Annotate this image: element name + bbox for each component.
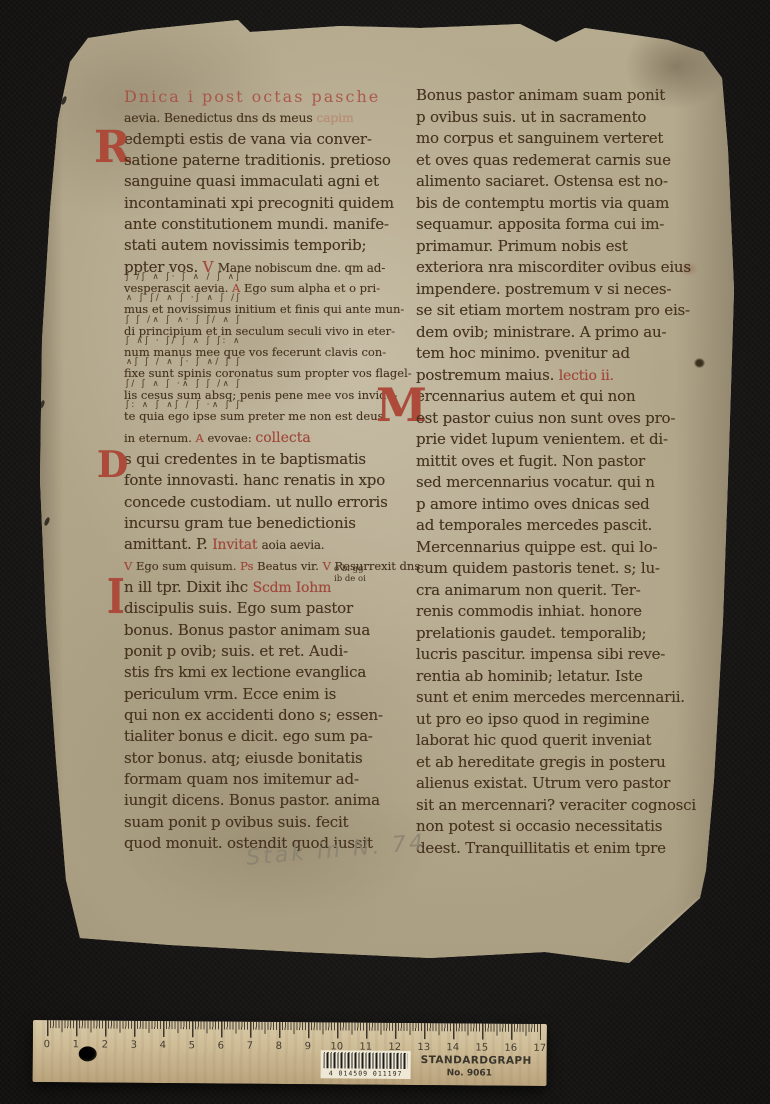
text-segment: lectio ii. [559,368,614,384]
text-segment: postremum maius. [416,366,559,384]
stitch-hole [38,613,45,623]
text-line: Ds qui credentes in te baptismatis [124,449,396,470]
text-segment: p ovibus suis. ut in sacramento [416,108,646,126]
text-segment: qui non ex accidenti dono s; essen- [124,706,383,724]
stitch-hole [41,700,48,710]
text-line: renis commodis inhiat. honore [416,601,700,623]
marginal-gloss-line: ib de oi [334,574,366,584]
text-line: discipulis suis. Ego sum pastor [124,598,396,619]
text-line: prelationis gaudet. temporalib; [416,623,700,645]
text-segment: prelationis gaudet. temporalib; [416,624,646,642]
text-segment: prie videt lupum venientem. et di- [416,430,668,448]
barcode-digits: 4 014509 011197 [321,1069,411,1078]
text-segment: te quia ego ipse sum preter me non est d… [124,409,384,423]
text-segment: stati autem novissimis temporib; [124,236,366,254]
text-line: deest. Tranquillitatis et enim tpre [416,838,700,860]
text-segment: n ill tpr. Dixit ihc [124,578,253,596]
marginal-gloss: o bi gg ib de oi [334,564,366,584]
text-segment: sit an mercennari? veraciter cognosci [416,796,696,814]
ruler-number: 7 [247,1041,253,1052]
text-line: satione paterne traditionis. pretioso [124,150,396,171]
ruler-number: 1 [73,1039,79,1050]
text-line: sanguine quasi immaculati agni et [124,171,396,192]
text-segment: sunt et enim mercedes mercennarii. [416,688,685,706]
stitch-hole [48,792,55,802]
text-segment: laborat hic quod querit inveniat [416,731,651,749]
text-line: et ab hereditate gregis in posteru [416,752,700,774]
text-line: periculum vrm. Ecce enim is [124,684,396,705]
text-segment: bonus. Bonus pastor animam sua [124,621,370,639]
text-segment: periculum vrm. Ecce enim is [124,685,336,703]
text-line: stor bonus. atq; eiusde bonitatis [124,748,396,769]
text-segment: alienus existat. Utrum vero pastor [416,774,670,792]
text-segment: edempti estis de vana via conver- [124,130,372,148]
text-line: stati autem novissimis temporib; [124,235,396,256]
text-line: aevia. Benedictus dns ds meus capim [124,107,396,128]
text-line: formam quam nos imitemur ad- [124,769,396,790]
text-segment: fonte innovasti. hanc renatis in xpo [124,471,385,489]
ruler-scale-numbers: 01234567891011121314151617 [33,1020,547,1024]
text-segment: Dnica i post octas pasche [124,87,380,106]
text-line: bonus. Bonus pastor animam sua [124,620,396,641]
text-line: incontaminati xpi precogniti quidem [124,193,396,214]
text-segment: dem ovib; ministrare. A primo au- [416,323,666,341]
text-segment: capim [316,110,353,125]
ruler-halfcm-ticks [47,1020,541,1036]
ruler-number: 0 [44,1039,50,1050]
text-line: Mercennarius quippe est. qui lo- [416,537,700,559]
text-line: laborat hic quod querit inveniat [416,730,700,752]
text-line: Dnica i post octas pasche [124,86,396,107]
text-segment: Ego sum alpha et o pri- [244,281,380,295]
ruler-number: 4 [160,1040,166,1051]
ruler-number: 17 [533,1043,546,1054]
ruler-model-number: No. 9061 [447,1068,492,1078]
text-line: tem hoc minimo. pvenitur ad [416,343,700,365]
text-segment: tialiter bonus e dicit. ego sum pa- [124,727,373,745]
neume-notation: ∧ ʃ ʃ/ ∧ ʃ ·ʃ ∧ ʃ /ʃ [126,294,242,302]
neume-notation: ʃ/ ʃ ∧ ʃ ·∧ ʃ ʃ /∧ ʃ [126,380,242,388]
text-segment: ut pro eo ipso quod in regimine [416,710,649,728]
neume-notation: ʃ: ∧ ʃ ∧ʃ / ʃ ·∧ ʃ ʃ [126,401,242,409]
text-line: mittit oves et fugit. Non pastor [416,451,700,473]
stitch-hole [35,275,42,285]
text-line: iungit dicens. Bonus pastor. anima [124,790,396,811]
text-line: Redempti estis de vana via conver- [124,129,396,150]
text-segment: V [124,559,136,573]
text-segment: Mercennarius quippe est. qui lo- [416,538,657,556]
text-segment: Mane nobiscum dne. qm ad- [218,261,385,275]
ruler-cm-ticks [47,1020,541,1040]
text-line: primamur. Primum nobis est [416,236,700,258]
text-segment: in eternum. [124,431,196,445]
neume-notation: ʃ ʃ /∧ ʃ ∧· ʃ ʃ/ ∧ ʃ [126,316,242,324]
stitch-hole [60,96,67,106]
text-segment: et ab hereditate gregis in posteru [416,753,666,771]
ruler-number: 14 [446,1042,459,1053]
ruler-number: 3 [131,1040,137,1051]
text-segment: stor bonus. atq; eiusde bonitatis [124,749,363,767]
text-line: p amore intimo oves dnicas sed [416,494,700,516]
ruler-number: 16 [504,1043,517,1054]
text-segment: p amore intimo oves dnicas sed [416,495,650,513]
left-column: Dnica i post octas pascheaevia. Benedict… [124,86,396,854]
text-segment: aoia aevia. [262,538,325,552]
text-segment: evovae: [207,431,255,445]
text-segment: satione paterne traditionis. pretioso [124,151,391,169]
text-segment: et oves quas redemerat carnis sue [416,151,671,169]
ruler-brand: STANDARDGRAPH [421,1054,532,1067]
text-line: ut pro eo ipso quod in regimine [416,709,700,731]
text-line: qui non ex accidenti dono s; essen- [124,705,396,726]
text-line: amittant. P. Invitat aoia aevia. [124,534,396,555]
text-segment: cra animarum non querit. Ter- [416,581,641,599]
text-line: mo corpus et sanguinem verteret [416,128,700,150]
text-line: fonte innovasti. hanc renatis in xpo [124,470,396,491]
text-segment: Bonus pastor animam suam ponit [416,86,665,104]
ruler-hanging-hole [79,1046,97,1061]
text-segment: sequamur. apposita forma cui im- [416,215,664,233]
text-line: ante constitutionem mundi. manife- [124,214,396,235]
text-segment: se sit etiam mortem nostram pro eis- [416,301,690,319]
folded-corner [626,893,702,965]
text-segment: stis frs kmi ex lectione evanglica [124,663,366,681]
text-segment: s qui credentes in te baptismatis [124,450,366,468]
text-line: postremum maius. lectio ii. [416,365,700,387]
text-line: est pastor cuius non sunt oves pro- [416,408,700,430]
text-line: impendere. postremum v si neces- [416,279,700,301]
ruler-mm-ticks [47,1020,541,1032]
text-segment: A [196,431,208,445]
text-segment: non potest si occasio necessitatis [416,817,662,835]
text-segment: Ego sum quisum. [136,559,240,573]
text-segment: mo corpus et sanguinem verteret [416,129,663,147]
text-segment: bis de contemptu mortis via quam [416,194,669,212]
text-line: bis de contemptu mortis via quam [416,193,700,215]
neume-notation: ∧ʃ ʃ / ∧ ʃ· ʃ ∧/ ʃ ʃ [126,358,242,366]
text-line: concede custodiam. ut nullo erroris [124,492,396,513]
text-line: incursu gram tue benedictionis [124,513,396,534]
text-segment: concede custodiam. ut nullo erroris [124,493,388,511]
text-segment: renis commodis inhiat. honore [416,602,642,620]
text-segment: Invitat [212,537,261,553]
text-segment: ad temporales mercedes pascit. [416,516,652,534]
illuminated-initial: I [107,573,125,621]
stitch-hole [38,400,45,410]
text-segment: mittit oves et fugit. Non pastor [416,452,645,470]
barcode-bars [324,1052,408,1069]
text-line: p ovibus suis. ut in sacramento [416,107,700,129]
text-segment: incursu gram tue benedictionis [124,514,356,532]
ruler-number: 15 [475,1042,488,1053]
text-line: sed mercennarius vocatur. qui n [416,472,700,494]
text-line: se sit etiam mortem nostram pro eis- [416,300,700,322]
text-segment: Beatus vir. [257,559,322,573]
text-line: lucris pascitur. impensa sibi reve- [416,644,700,666]
text-line: ad temporales mercedes pascit. [416,515,700,537]
text-line: et oves quas redemerat carnis sue [416,150,700,172]
text-segment: collecta [255,430,310,446]
text-segment: cum quidem pastoris tenet. s; lu- [416,559,660,577]
text-segment: tem hoc minimo. pvenitur ad [416,344,630,362]
right-column: Bonus pastor animam suam ponitp ovibus s… [416,85,700,859]
ruler-number: 5 [189,1040,195,1051]
text-segment: Scdm Iohm [253,580,332,596]
text-line: ponit p ovib; suis. et ret. Audi- [124,641,396,662]
text-line: exteriora nra miscorditer ovibus eius [416,257,700,279]
photo-background: Dnica i post octas pascheaevia. Benedict… [0,0,770,1104]
text-segment: discipulis suis. Ego sum pastor [124,599,353,617]
text-segment: ponit p ovib; suis. et ret. Audi- [124,642,348,660]
text-segment: amittant. P. [124,535,212,553]
text-segment: suam ponit p ovibus suis. fecit [124,813,348,831]
manuscript-page: Dnica i post octas pascheaevia. Benedict… [28,16,738,968]
ruler-number: 8 [276,1041,282,1052]
text-segment: incontaminati xpi precogniti quidem [124,194,394,212]
barcode-label: 4 014509 011197 [321,1050,411,1079]
stitch-hole [40,160,47,170]
text-line: dem ovib; ministrare. A primo au- [416,322,700,344]
text-segment: Ps [240,559,257,573]
text-line: alimento saciaret. Ostensa est no- [416,171,700,193]
text-segment: primamur. Primum nobis est [416,237,628,255]
text-line: ʃ: ∧ ʃ ∧ʃ / ʃ ·∧ ʃ ʃte quia ego ipse sum… [124,406,396,427]
ruler-number: 6 [218,1040,224,1051]
text-line: rentia ab hominib; letatur. Iste [416,666,700,688]
text-segment: ante constitutionem mundi. manife- [124,215,389,233]
text-line: sit an mercennari? veraciter cognosci [416,795,700,817]
text-segment: rentia ab hominib; letatur. Iste [416,667,643,685]
text-line: cum quidem pastoris tenet. s; lu- [416,558,700,580]
text-line: cra animarum non querit. Ter- [416,580,700,602]
text-line: sequamur. apposita forma cui im- [416,214,700,236]
stitch-hole [43,517,50,527]
ruler-number: 9 [305,1041,311,1052]
text-line: stis frs kmi ex lectione evanglica [124,662,396,683]
marginal-gloss-line: o bi gg [334,564,366,574]
neume-notation: ʃ ∧ʃ · ʃ/ ʃ ∧ ʃ ʃ: ∧ [126,337,242,345]
text-line: suam ponit p ovibus suis. fecit [124,812,396,833]
text-line: sunt et enim mercedes mercennarii. [416,687,700,709]
text-line: prie videt lupum venientem. et di- [416,429,700,451]
text-segment: impendere. postremum v si neces- [416,280,671,298]
text-segment: lucris pascitur. impensa sibi reve- [416,645,665,663]
text-segment: ercennarius autem et qui non [416,387,635,405]
text-segment: V [323,559,335,573]
ruler-number: 2 [102,1040,108,1051]
text-line: alienus existat. Utrum vero pastor [416,773,700,795]
text-segment: alimento saciaret. Ostensa est no- [416,172,668,190]
text-segment: deest. Tranquillitatis et enim tpre [416,839,666,857]
neume-notation: ʃ /ʃ ∧ ʃ· ʃ ∧ / ʃ ∧ʃ [126,273,242,281]
text-segment: sed mercennarius vocatur. qui n [416,473,655,491]
text-line: in eternum. A evovae: collecta [124,428,396,449]
ruler: 01234567891011121314151617 4 014509 0111… [33,1020,547,1086]
text-line: non potest si occasio necessitatis [416,816,700,838]
text-segment: formam quam nos imitemur ad- [124,770,359,788]
text-segment: iungit dicens. Bonus pastor. anima [124,791,380,809]
text-segment: exteriora nra miscorditer ovibus eius [416,258,691,276]
text-segment: sanguine quasi immaculati agni et [124,172,379,190]
text-segment: est pastor cuius non sunt oves pro- [416,409,675,427]
text-segment: aevia. Benedictus dns ds meus [124,110,316,125]
text-line: tialiter bonus e dicit. ego sum pa- [124,726,396,747]
text-line: Mercennarius autem et qui non [416,386,700,408]
ruler-number: 13 [417,1042,430,1053]
text-line: Bonus pastor animam suam ponit [416,85,700,107]
